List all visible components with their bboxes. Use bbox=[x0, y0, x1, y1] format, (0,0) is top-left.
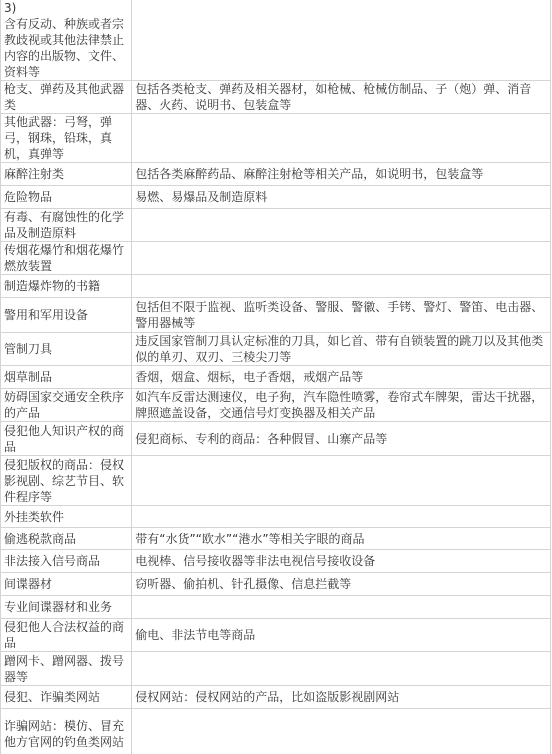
table-row: 警用和军用设备包括但不限于监视、监听类设备、警服、警徽、手铐、警灯、警笛、电击器… bbox=[1, 298, 551, 333]
description-cell: 电视棒、信号接收器等非法电视信号接收设备 bbox=[132, 550, 551, 573]
description-cell bbox=[132, 456, 551, 506]
description-cell: 香烟，烟盒、烟标，电子香烟，戒烟产品等 bbox=[132, 366, 551, 389]
category-cell: 蹭网卡、蹭网器、拨号器等 bbox=[1, 652, 132, 686]
category-cell: 制造爆炸物的书籍 bbox=[1, 275, 132, 298]
description-cell: 窃听器、偷拍机、针孔摄像、信息拦截等 bbox=[132, 573, 551, 596]
category-cell: 枪支、弹药及其他武器类 bbox=[1, 81, 132, 114]
category-cell: 侵犯、诈骗类网站 bbox=[1, 686, 132, 709]
description-cell bbox=[132, 506, 551, 528]
description-cell: 如汽车反雷达测速仪，电子狗，汽车隐性喷雾，卷帘式车牌架，雷达干扰器，牌照遮盖设备… bbox=[132, 389, 551, 422]
table-row: 诈骗网站：模仿、冒充他方官网的钓鱼类网站 bbox=[1, 709, 551, 754]
description-cell: 偷电、非法节电等商品 bbox=[132, 619, 551, 652]
category-cell: 侵犯版权的商品：侵权影视剧、综艺节目、软件程序等 bbox=[1, 456, 132, 506]
table-row: 制造爆炸物的书籍 bbox=[1, 275, 551, 298]
description-cell: 易燃、易爆品及制造原料 bbox=[132, 186, 551, 209]
category-cell: 管制刀具 bbox=[1, 333, 132, 366]
table-row: 烟草制品香烟，烟盒、烟标，电子香烟，戒烟产品等 bbox=[1, 366, 551, 389]
table-row: 侵犯、诈骗类网站侵权网站：侵权网站的产品，比如盗版影视剧网站 bbox=[1, 686, 551, 709]
description-cell bbox=[132, 652, 551, 686]
table-row: 3)含有反动、种族或者宗教歧视或其他法律禁止内容的出版物、文件、资料等 bbox=[1, 0, 551, 81]
category-cell: 麻醉注射类 bbox=[1, 163, 132, 186]
table-row: 非法接入信号商品电视棒、信号接收器等非法电视信号接收设备 bbox=[1, 550, 551, 573]
category-cell: 其他武器：弓弩，弹弓，钢珠，铅珠，真机，真弹等 bbox=[1, 114, 132, 163]
category-cell: 间谍器材 bbox=[1, 573, 132, 596]
category-cell: 3)含有反动、种族或者宗教歧视或其他法律禁止内容的出版物、文件、资料等 bbox=[1, 0, 132, 81]
table-row: 间谍器材窃听器、偷拍机、针孔摄像、信息拦截等 bbox=[1, 573, 551, 596]
description-cell bbox=[132, 242, 551, 275]
category-cell: 专业间谍器材和业务 bbox=[1, 596, 132, 619]
table-row: 专业间谍器材和业务 bbox=[1, 596, 551, 619]
prohibited-items-table: 3)含有反动、种族或者宗教歧视或其他法律禁止内容的出版物、文件、资料等枪支、弹药… bbox=[0, 0, 551, 754]
description-cell: 包括各类麻醉药品、麻醉注射枪等相关产品，如说明书，包装盒等 bbox=[132, 163, 551, 186]
description-cell: 侵权网站：侵权网站的产品，比如盗版影视剧网站 bbox=[132, 686, 551, 709]
category-cell: 传烟花爆竹和烟花爆竹燃放装置 bbox=[1, 242, 132, 275]
description-cell bbox=[132, 0, 551, 81]
table-row: 偷逃税款商品带有“水货”“欧水”“港水”等相关字眼的商品 bbox=[1, 528, 551, 550]
category-cell: 非法接入信号商品 bbox=[1, 550, 132, 573]
table-row: 有毒、有腐蚀性的化学品及制造原料 bbox=[1, 209, 551, 242]
description-cell: 包括各类枪支、弹药及相关器材，如枪械、枪械仿制品、子（炮）弹、消音器、火药、说明… bbox=[132, 81, 551, 114]
description-cell: 侵犯商标、专利的商品：各种假冒、山寨产品等 bbox=[132, 422, 551, 456]
category-cell: 外挂类软件 bbox=[1, 506, 132, 528]
table-row: 其他武器：弓弩，弹弓，钢珠，铅珠，真机，真弹等 bbox=[1, 114, 551, 163]
table-row: 枪支、弹药及其他武器类包括各类枪支、弹药及相关器材，如枪械、枪械仿制品、子（炮）… bbox=[1, 81, 551, 114]
category-cell: 侵犯他人知识产权的商品 bbox=[1, 422, 132, 456]
description-cell bbox=[132, 275, 551, 298]
table-row: 蹭网卡、蹭网器、拨号器等 bbox=[1, 652, 551, 686]
table-row: 侵犯版权的商品：侵权影视剧、综艺节目、软件程序等 bbox=[1, 456, 551, 506]
category-cell: 侵犯他人合法权益的商品 bbox=[1, 619, 132, 652]
category-cell: 烟草制品 bbox=[1, 366, 132, 389]
table-row: 传烟花爆竹和烟花爆竹燃放装置 bbox=[1, 242, 551, 275]
table-row: 麻醉注射类包括各类麻醉药品、麻醉注射枪等相关产品，如说明书，包装盒等 bbox=[1, 163, 551, 186]
description-cell: 违反国家管制刀具认定标准的刀具，如匕首、带有自锁装置的跳刀以及其他类似的单刃、双… bbox=[132, 333, 551, 366]
description-cell bbox=[132, 596, 551, 619]
category-cell: 偷逃税款商品 bbox=[1, 528, 132, 550]
category-cell: 妨碍国家交通安全秩序的产品 bbox=[1, 389, 132, 422]
category-cell: 危险物品 bbox=[1, 186, 132, 209]
table-body: 3)含有反动、种族或者宗教歧视或其他法律禁止内容的出版物、文件、资料等枪支、弹药… bbox=[1, 0, 551, 754]
description-cell bbox=[132, 114, 551, 163]
table-row: 外挂类软件 bbox=[1, 506, 551, 528]
table-row: 妨碍国家交通安全秩序的产品如汽车反雷达测速仪，电子狗，汽车隐性喷雾，卷帘式车牌架… bbox=[1, 389, 551, 422]
description-cell: 包括但不限于监视、监听类设备、警服、警徽、手铐、警灯、警笛、电击器、警用器械等 bbox=[132, 298, 551, 333]
table-row: 侵犯他人知识产权的商品侵犯商标、专利的商品：各种假冒、山寨产品等 bbox=[1, 422, 551, 456]
category-cell: 有毒、有腐蚀性的化学品及制造原料 bbox=[1, 209, 132, 242]
description-cell: 带有“水货”“欧水”“港水”等相关字眼的商品 bbox=[132, 528, 551, 550]
description-cell bbox=[132, 709, 551, 754]
table-row: 管制刀具违反国家管制刀具认定标准的刀具，如匕首、带有自锁装置的跳刀以及其他类似的… bbox=[1, 333, 551, 366]
category-cell: 警用和军用设备 bbox=[1, 298, 132, 333]
table-row: 侵犯他人合法权益的商品偷电、非法节电等商品 bbox=[1, 619, 551, 652]
table-row: 危险物品易燃、易爆品及制造原料 bbox=[1, 186, 551, 209]
category-cell: 诈骗网站：模仿、冒充他方官网的钓鱼类网站 bbox=[1, 709, 132, 754]
description-cell bbox=[132, 209, 551, 242]
